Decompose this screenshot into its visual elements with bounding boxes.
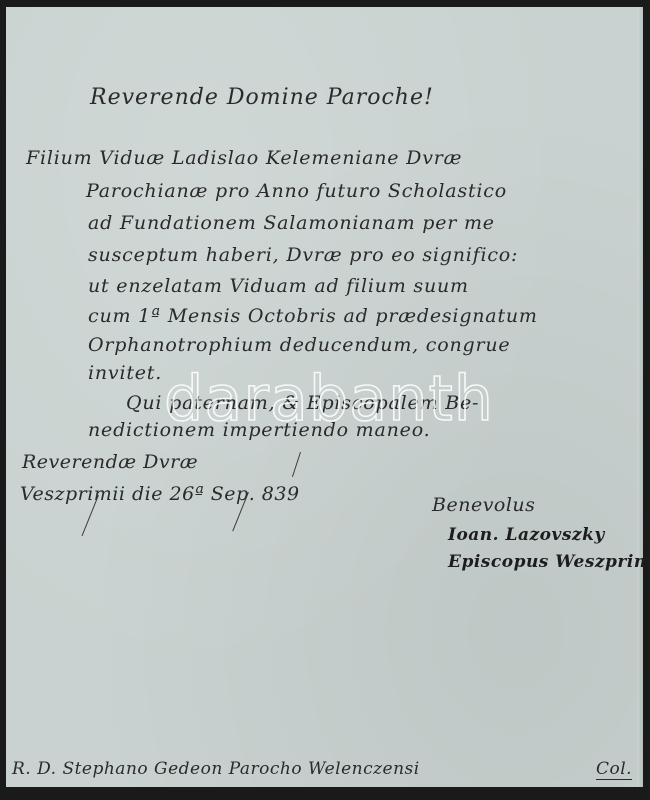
body-line: susceptum haberi, Dvræ pro eo significo: [88,244,518,266]
body-line: Filium Viduæ Ladislao Kelemeniane Dvræ [26,147,462,169]
pen-stroke [292,452,301,477]
watermark: darabanth [164,362,494,435]
corner-note: Col. [596,759,632,780]
salutation: Reverende Domine Paroche! [90,85,434,110]
valediction: Benevolus [432,494,535,516]
signature-name: Ioan. Lazovszky [448,525,605,545]
recipient-line: R. D. Stephano Gedeon Parocho Welenczens… [12,759,420,779]
body-line: Parochianæ pro Anno futuro Scholastico [86,180,507,202]
body-line: Orphanotrophium deducendum, congrue [88,334,510,356]
signature-title: Episcopus Weszprim. [448,552,650,572]
closing-date: Veszprimii die 26ª Sep. 839 [20,483,300,505]
body-line: invitet. [88,362,162,384]
closing-address: Reverendæ Dvræ [22,451,198,473]
body-line: ut enzelatam Viduam ad filium suum [88,275,469,297]
body-line: cum 1ª Mensis Octobris ad prædesignatum [88,305,538,327]
body-line: ad Fundationem Salamonianam per me [88,212,495,234]
paper-edge [637,7,643,787]
